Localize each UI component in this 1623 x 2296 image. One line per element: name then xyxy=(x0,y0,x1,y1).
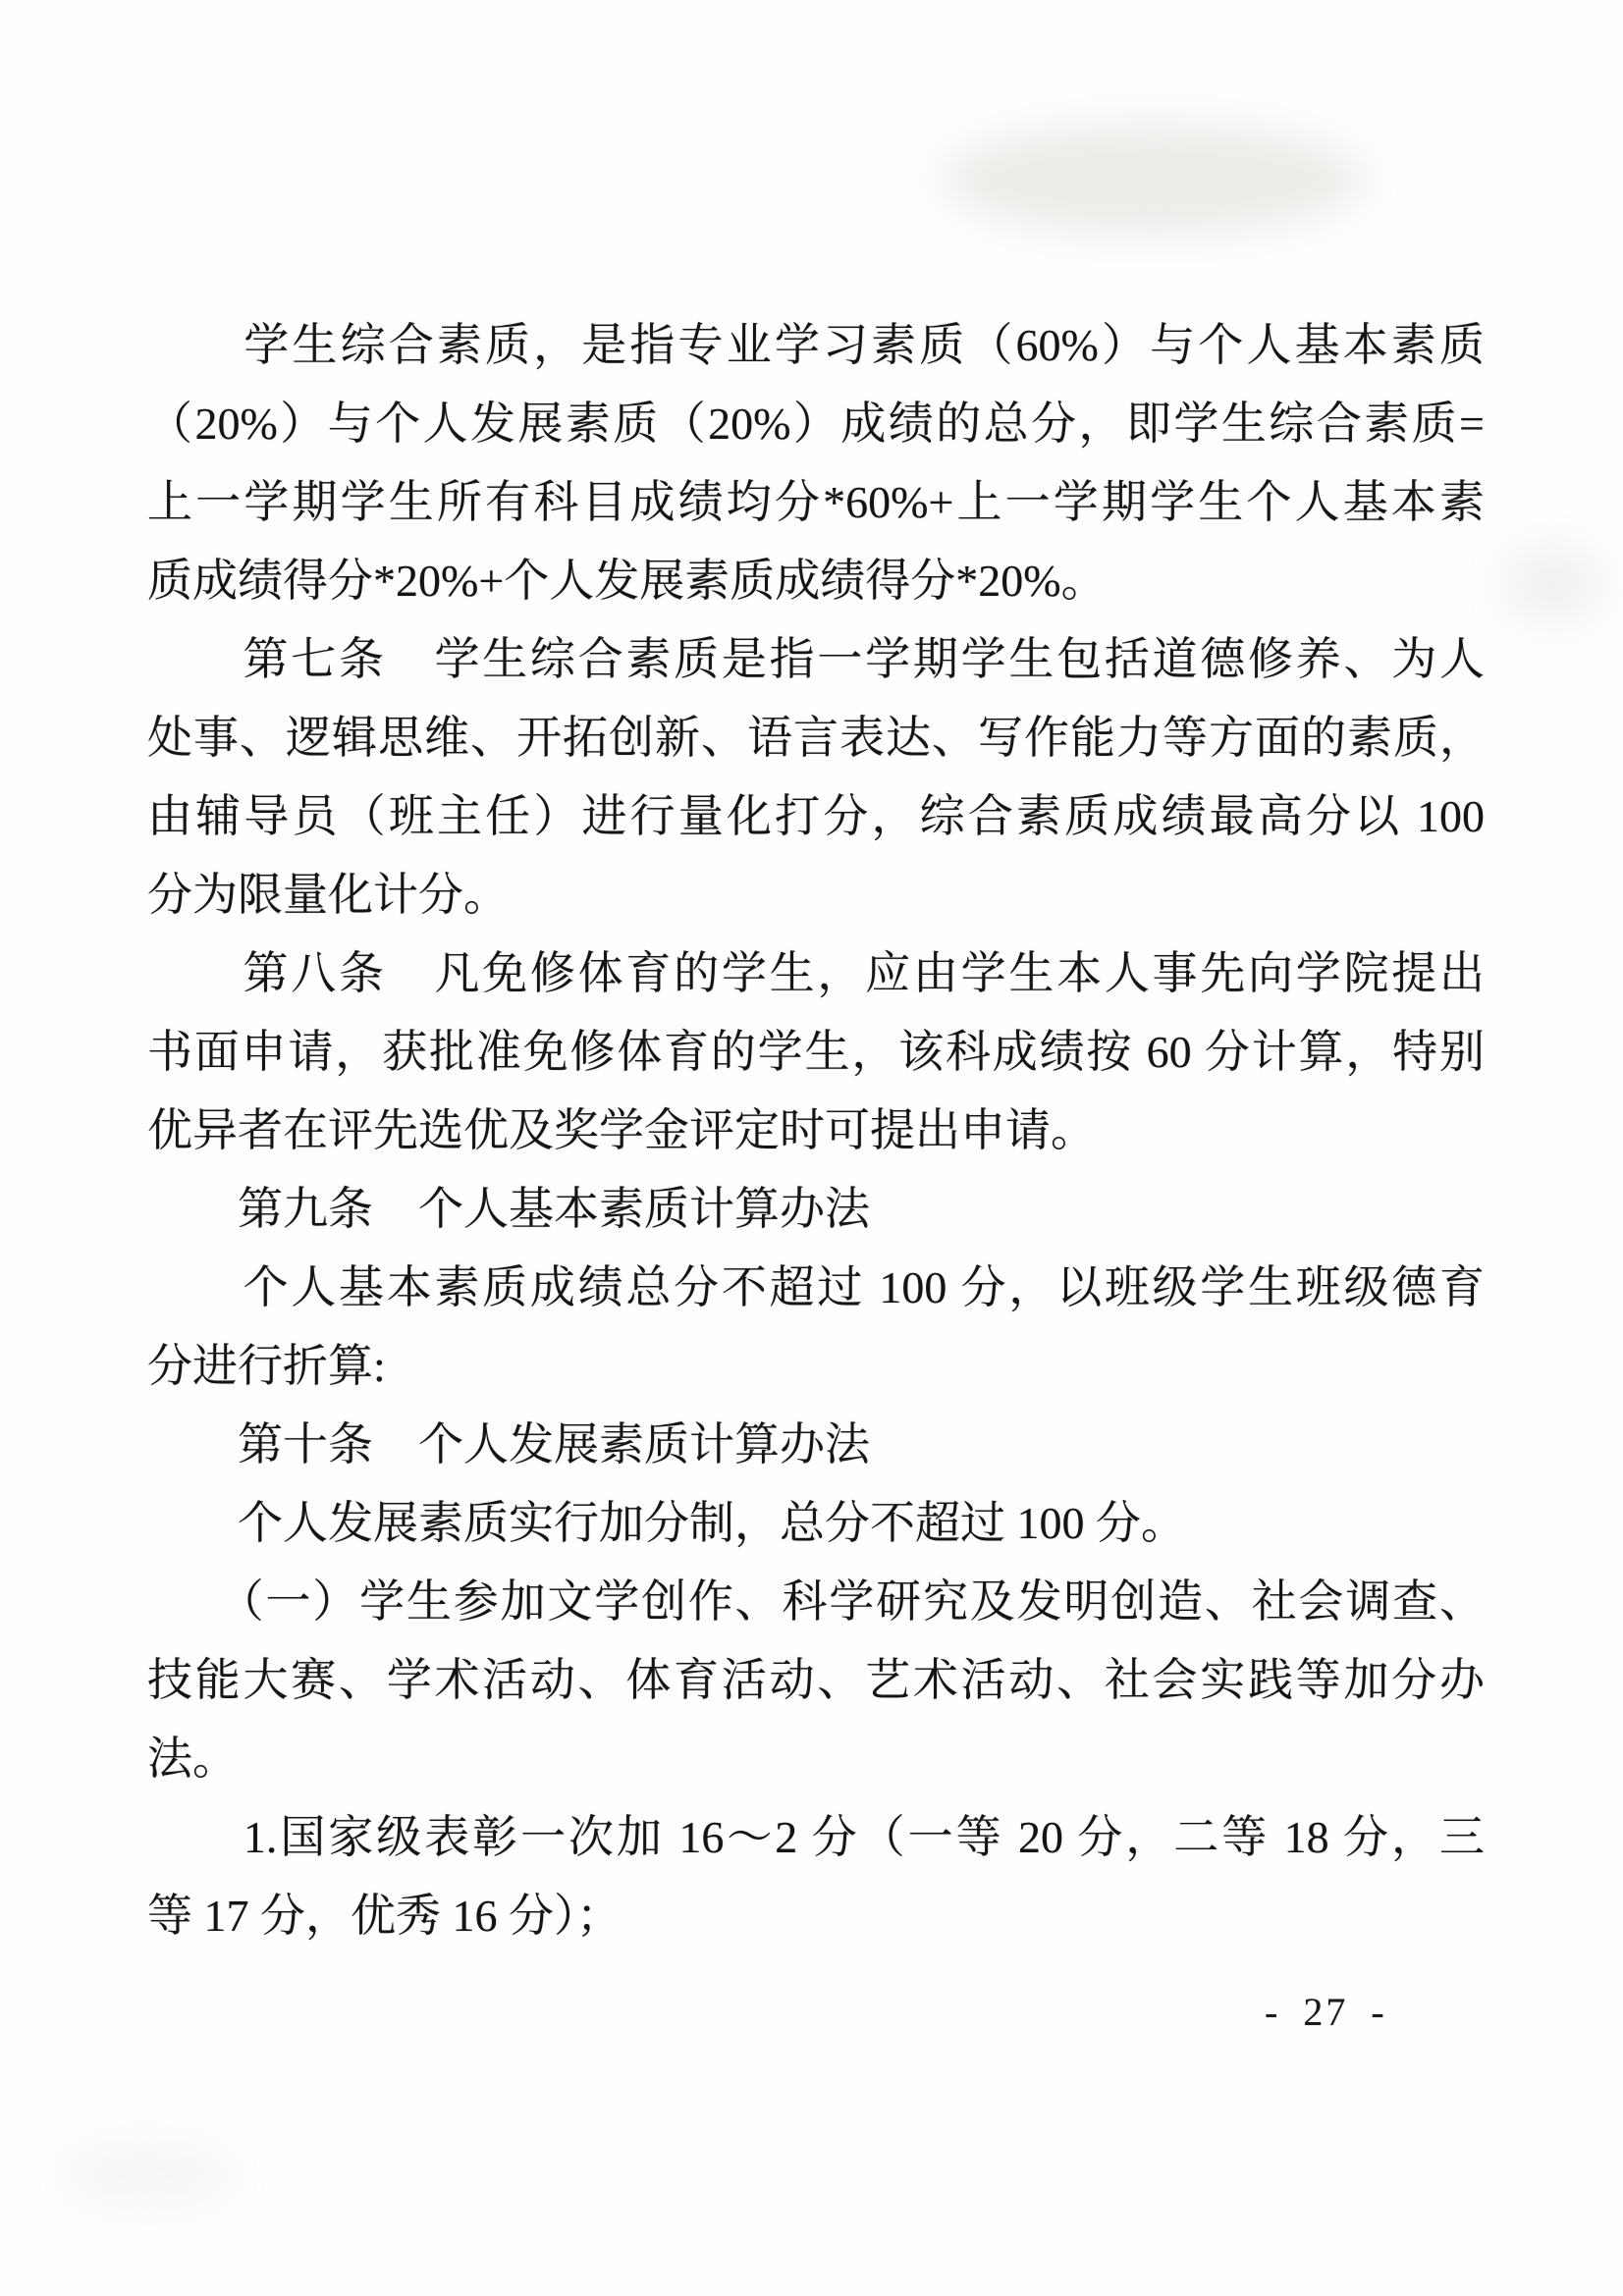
text-line: 学生综合素质，是指专业学习素质（60%）与个人基本素质 xyxy=(147,306,1485,385)
paragraph: 1.国家级表彰一次加 16～2 分（一等 20 分，二等 18 分，三等 17 … xyxy=(147,1798,1485,1955)
scan-smudge xyxy=(59,2140,236,2209)
text-line: （20%）与个人发展素质（20%）成绩的总分，即学生综合素质= xyxy=(147,385,1485,463)
text-line: （一）学生参加文学创作、科学研究及发明创造、社会调查、 xyxy=(147,1563,1485,1641)
text-line: 处事、逻辑思维、开拓创新、语言表达、写作能力等方面的素质， xyxy=(147,699,1485,777)
text-line: 等 17 分，优秀 16 分）； xyxy=(147,1877,1485,1955)
document-text: 学生综合素质，是指专业学习素质（60%）与个人基本素质（20%）与个人发展素质（… xyxy=(147,306,1485,1955)
text-line: 质成绩得分*20%+个人发展素质成绩得分*20%。 xyxy=(147,542,1485,620)
text-line: 书面申请，获批准免修体育的学生，该科成绩按 60 分计算，特别 xyxy=(147,1013,1485,1092)
text-line: 分为限量化计分。 xyxy=(147,856,1485,934)
document-page: 学生综合素质，是指专业学习素质（60%）与个人基本素质（20%）与个人发展素质（… xyxy=(0,0,1623,2296)
paragraph: 第九条 个人基本素质计算办法 xyxy=(147,1170,1485,1249)
text-line: 技能大赛、学术活动、体育活动、艺术活动、社会实践等加分办 xyxy=(147,1641,1485,1720)
text-line: 分进行折算: xyxy=(147,1327,1485,1406)
text-line: 第十条 个人发展素质计算办法 xyxy=(147,1406,1485,1484)
text-line: 1.国家级表彰一次加 16～2 分（一等 20 分，二等 18 分，三 xyxy=(147,1798,1485,1877)
scan-smudge xyxy=(1504,545,1602,623)
paragraph: 个人基本素质成绩总分不超过 100 分，以班级学生班级德育分进行折算: xyxy=(147,1249,1485,1406)
text-line: 个人基本素质成绩总分不超过 100 分，以班级学生班级德育 xyxy=(147,1249,1485,1327)
page-number: - 27 - xyxy=(1265,1985,1387,2040)
text-line: 上一学期学生所有科目成绩均分*60%+上一学期学生个人基本素 xyxy=(147,463,1485,542)
text-line: 第八条 凡免修体育的学生，应由学生本人事先向学院提出 xyxy=(147,934,1485,1013)
text-line: 优异者在评先选优及奖学金评定时可提出申请。 xyxy=(147,1092,1485,1170)
paragraph: 个人发展素质实行加分制，总分不超过 100 分。 xyxy=(147,1484,1485,1563)
paragraph: 第十条 个人发展素质计算办法 xyxy=(147,1406,1485,1484)
paragraph: 第七条 学生综合素质是指一学期学生包括道德修养、为人处事、逻辑思维、开拓创新、语… xyxy=(147,620,1485,934)
text-line: 第九条 个人基本素质计算办法 xyxy=(147,1170,1485,1249)
paragraph: （一）学生参加文学创作、科学研究及发明创造、社会调查、技能大赛、学术活动、体育活… xyxy=(147,1563,1485,1798)
text-line: 由辅导员（班主任）进行量化打分，综合素质成绩最高分以 100 xyxy=(147,777,1485,856)
text-line: 法。 xyxy=(147,1720,1485,1798)
paragraph: 第八条 凡免修体育的学生，应由学生本人事先向学院提出书面申请，获批准免修体育的学… xyxy=(147,934,1485,1170)
text-line: 第七条 学生综合素质是指一学期学生包括道德修养、为人 xyxy=(147,620,1485,699)
scan-smudge xyxy=(943,123,1365,236)
text-line: 个人发展素质实行加分制，总分不超过 100 分。 xyxy=(147,1484,1485,1563)
paragraph: 学生综合素质，是指专业学习素质（60%）与个人基本素质（20%）与个人发展素质（… xyxy=(147,306,1485,620)
